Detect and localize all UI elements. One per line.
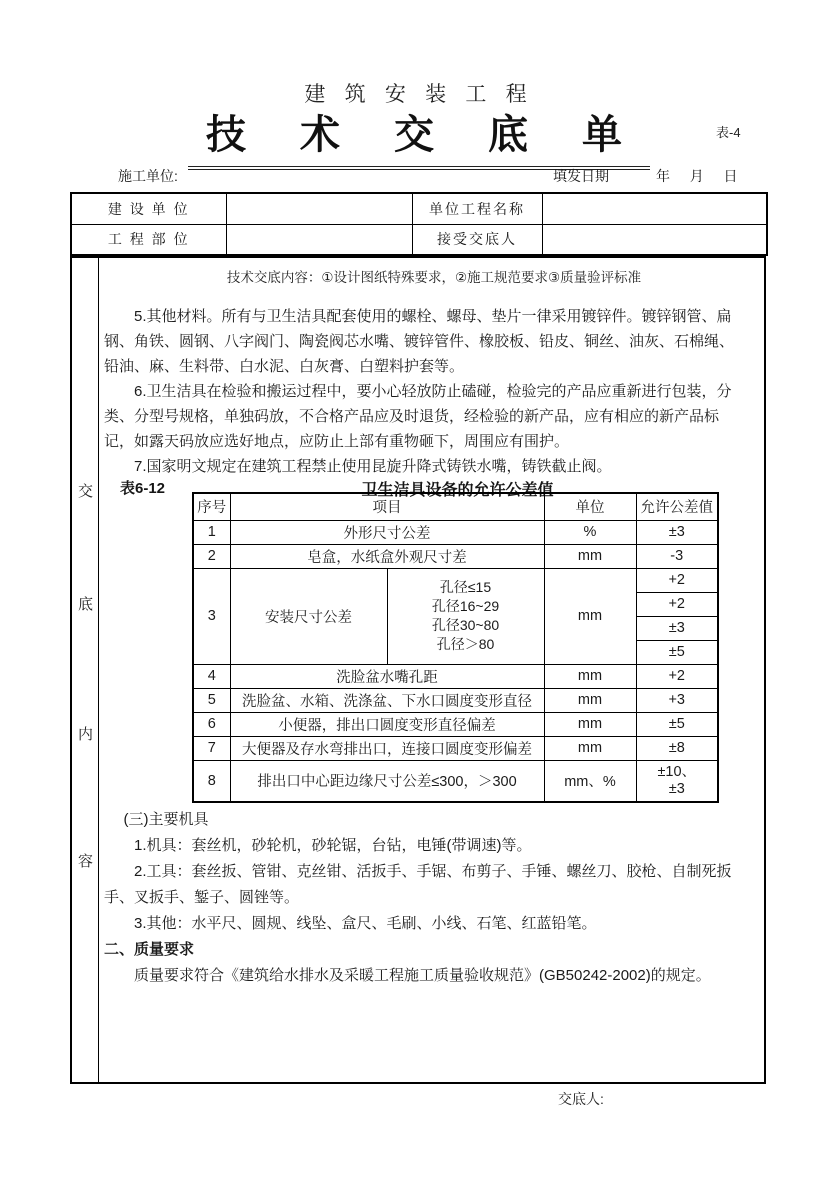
date-format-label: 年 月 日 (656, 166, 742, 186)
content-box: 交 底 内 容 技术交底内容：①设计图纸特殊要求，②施工规范要求③质量验评标准 … (70, 256, 766, 1084)
cell-tol: ±5 (636, 640, 718, 664)
cell-item: 洗脸盆、水箱、洗涤盆、下水口圆度变形直径 (230, 688, 544, 712)
cell-tol: ±5 (636, 712, 718, 736)
side-char: 底 (72, 593, 99, 614)
section2-heading: 二、质量要求 (104, 937, 752, 963)
cell-tol: +2 (636, 592, 718, 616)
tolerance-part: ±10、 (637, 764, 718, 781)
document-page: 建 筑 安 装 工 程 技 术 交 底 单 表-4 施工单位: 填发日期 年 月… (0, 0, 838, 1186)
cell-tol: ±3 (636, 520, 718, 544)
info-value-construction-unit (226, 193, 412, 224)
info-value-recipient (542, 224, 767, 255)
cell-item: 小便器，排出口圆度变形直径偏差 (230, 712, 544, 736)
form-code-label: 表-4 (716, 122, 741, 141)
side-char: 内 (72, 723, 99, 744)
cell-no: 8 (193, 760, 230, 802)
table-row: 5 洗脸盆、水箱、洗涤盆、下水口圆度变形直径 mm +3 (193, 688, 718, 712)
table-row: 3 安装尺寸公差 孔径≤15 孔径16~29 孔径30~80 孔径＞80 mm … (193, 568, 718, 592)
table-row: 7 大便器及存水弯排出口，连接口圆度变形偏差 mm ±8 (193, 736, 718, 760)
header-tolerance: 允许公差值 (636, 493, 718, 520)
cell-item: 大便器及存水弯排出口，连接口圆度变形偏差 (230, 736, 544, 760)
cell-unit: mm (544, 568, 636, 664)
document-title-wrap: 技 术 交 底 单 (0, 103, 838, 170)
document-title: 技 术 交 底 单 (188, 103, 650, 170)
subcondition: 孔径≤15 (388, 578, 544, 597)
cell-unit: mm (544, 664, 636, 688)
cell-item: 洗脸盆水嘴孔距 (230, 664, 544, 688)
header-unit: 单位 (544, 493, 636, 520)
cell-unit: mm (544, 736, 636, 760)
cell-tol: ±3 (636, 616, 718, 640)
cell-unit: mm (544, 544, 636, 568)
info-label-recipient: 接受交底人 (412, 224, 542, 255)
side-vertical-label: 交 底 内 容 (72, 258, 99, 1082)
quality-paragraph: 质量要求符合《建筑给水排水及采暖工程施工质量验收规范》(GB50242-2002… (104, 963, 752, 989)
info-label-construction-unit: 建 设 单 位 (71, 193, 226, 224)
subcondition: 孔径＞80 (388, 635, 544, 654)
info-label-project-part: 工 程 部 位 (71, 224, 226, 255)
table-row: 工 程 部 位 接受交底人 (71, 224, 767, 255)
header-item: 项目 (230, 493, 544, 520)
tolerance-table-code: 表6-12 (120, 477, 165, 498)
cell-no: 2 (193, 544, 230, 568)
cell-no: 7 (193, 736, 230, 760)
issue-date-label: 填发日期 (553, 166, 609, 186)
cell-tol: +2 (636, 664, 718, 688)
table-row: 8 排出口中心距边缘尺寸公差≤300，＞300 mm、% ±10、 ±3 (193, 760, 718, 802)
subcondition: 孔径30~80 (388, 616, 544, 635)
tolerance-table: 序号 项目 单位 允许公差值 1 外形尺寸公差 % ±3 2 皂盒，水纸盒外观尺… (192, 492, 719, 803)
header-seq: 序号 (193, 493, 230, 520)
cell-tol: ±8 (636, 736, 718, 760)
cell-item: 安装尺寸公差 (230, 568, 387, 664)
cell-tol: -3 (636, 544, 718, 568)
content-header-line: 技术交底内容：①设计图纸特殊要求，②施工规范要求③质量验评标准 (102, 258, 766, 286)
content-area: 技术交底内容：①设计图纸特殊要求，②施工规范要求③质量验评标准 5.其他材料。所… (102, 258, 766, 1082)
cell-unit: % (544, 520, 636, 544)
info-label-project-name: 单位工程名称 (412, 193, 542, 224)
subcondition: 孔径16~29 (388, 597, 544, 616)
section3-heading: (三)主要机具 (104, 807, 752, 833)
cell-item-subconditions: 孔径≤15 孔径16~29 孔径30~80 孔径＞80 (387, 568, 544, 664)
cell-no: 1 (193, 520, 230, 544)
table-header-row: 序号 项目 单位 允许公差值 (193, 493, 718, 520)
paragraph-6: 6.卫生洁具在检验和搬运过程中，要小心轻放防止磕碰，检验完的产品应重新进行包装，… (104, 379, 744, 454)
cell-no: 4 (193, 664, 230, 688)
cell-item: 皂盒，水纸盒外观尺寸差 (230, 544, 544, 568)
table-row: 2 皂盒，水纸盒外观尺寸差 mm -3 (193, 544, 718, 568)
tools-item-2: 2.工具：套丝扳、管钳、克丝钳、活扳手、手锯、布剪子、手锤、螺丝刀、胶枪、自制死… (104, 859, 752, 911)
cell-tol: +3 (636, 688, 718, 712)
cell-no: 6 (193, 712, 230, 736)
lower-paragraphs: (三)主要机具 1.机具：套丝机，砂轮机，砂轮锯，台钻，电锤(带调速)等。 2.… (104, 807, 752, 989)
info-value-project-name (542, 193, 767, 224)
cell-item: 外形尺寸公差 (230, 520, 544, 544)
cell-unit: mm、% (544, 760, 636, 802)
info-table: 建 设 单 位 单位工程名称 工 程 部 位 接受交底人 (70, 192, 768, 256)
tolerance-part: ±3 (637, 781, 718, 798)
paragraph-7: 7.国家明文规定在建筑工程禁止使用昆旋升降式铸铁水嘴，铸铁截止阀。 (104, 454, 744, 479)
cell-no: 3 (193, 568, 230, 664)
discloser-label: 交底人: (558, 1089, 604, 1109)
tools-item-1: 1.机具：套丝机，砂轮机，砂轮锯，台钻，电锤(带调速)等。 (104, 833, 752, 859)
side-char: 容 (72, 850, 99, 871)
cell-unit: mm (544, 688, 636, 712)
cell-no: 5 (193, 688, 230, 712)
table-row: 1 外形尺寸公差 % ±3 (193, 520, 718, 544)
cell-item: 排出口中心距边缘尺寸公差≤300，＞300 (230, 760, 544, 802)
cell-tol: +2 (636, 568, 718, 592)
table-row: 建 设 单 位 单位工程名称 (71, 193, 767, 224)
table-row: 4 洗脸盆水嘴孔距 mm +2 (193, 664, 718, 688)
side-char: 交 (72, 480, 99, 501)
table-row: 6 小便器，排出口圆度变形直径偏差 mm ±5 (193, 712, 718, 736)
info-value-project-part (226, 224, 412, 255)
tools-item-3: 3.其他：水平尺、圆规、线坠、盒尺、毛刷、小线、石笔、红蓝铅笔。 (104, 911, 752, 937)
cell-unit: mm (544, 712, 636, 736)
construction-unit-label: 施工单位: (118, 166, 178, 186)
upper-paragraphs: 5.其他材料。所有与卫生洁具配套使用的螺栓、螺母、垫片一律采用镀锌件。镀锌钢管、… (104, 291, 744, 479)
cell-tol: ±10、 ±3 (636, 760, 718, 802)
paragraph-5: 5.其他材料。所有与卫生洁具配套使用的螺栓、螺母、垫片一律采用镀锌件。镀锌钢管、… (104, 304, 744, 379)
